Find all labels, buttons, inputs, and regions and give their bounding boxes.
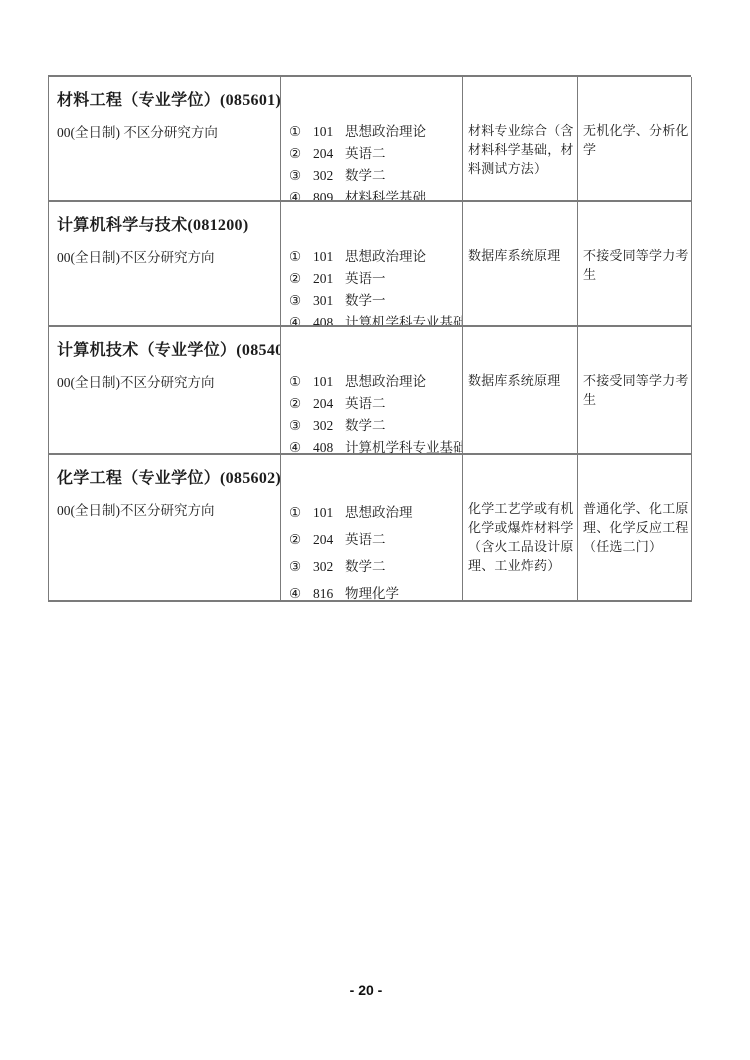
table-row-2-program-cell: 计算机科学与技术(081200) 00(全日制)不区分研究方向	[49, 202, 281, 327]
document-page: 材料工程（专业学位）(085601) 00(全日制) 不区分研究方向 ①101思…	[0, 0, 750, 1060]
subject-name: 数学二	[345, 559, 386, 574]
subject-item: ④816物理化学	[289, 580, 462, 602]
page-number: - 20 -	[0, 982, 732, 998]
subject-name: 思想政治理论	[345, 249, 426, 264]
subject-number: ③	[289, 553, 306, 580]
subject-item: ②204英语二	[289, 526, 462, 553]
table-row-3-subjects-cell: ①101思想政治理论 ②204英语二 ③302数学二 ④408计算机学科专业基础	[281, 327, 463, 455]
table-row-2-remarks-cell: 不接受同等学力考生	[578, 202, 692, 327]
subject-code: 204	[313, 143, 338, 165]
program-title: 材料工程（专业学位）(085601)	[57, 90, 274, 111]
subject-item: ②204英语二	[289, 393, 462, 415]
subject-code: 101	[313, 371, 338, 393]
subject-item: ①101思想政治理	[289, 499, 462, 526]
subject-code: 204	[313, 393, 338, 415]
subject-number: ②	[289, 393, 306, 415]
subject-number: ④	[289, 312, 306, 327]
subject-code: 101	[313, 499, 338, 526]
subject-number: ④	[289, 187, 306, 202]
subject-name: 思想政治理论	[345, 374, 426, 389]
subject-number: ③	[289, 290, 306, 312]
subject-item: ④809材料科学基础	[289, 187, 462, 202]
subject-number: ①	[289, 499, 306, 526]
table-row-1-program-cell: 材料工程（专业学位）(085601) 00(全日制) 不区分研究方向	[49, 77, 281, 202]
subject-item: ②201英语一	[289, 268, 462, 290]
subject-name: 计算机学科专业基础	[345, 315, 463, 327]
subject-item: ①101思想政治理论	[289, 121, 462, 143]
subject-item: ③301数学一	[289, 290, 462, 312]
table-row-2-additional-exam-cell: 数据库系统原理	[463, 202, 578, 327]
program-title: 计算机技术（专业学位）(085404)	[57, 340, 274, 361]
direction-text: 00(全日制)不区分研究方向	[57, 502, 274, 519]
subject-code: 201	[313, 268, 338, 290]
subject-item: ③302数学二	[289, 165, 462, 187]
subject-name: 计算机学科专业基础	[345, 440, 463, 455]
subject-code: 809	[313, 187, 338, 202]
subject-code: 302	[313, 415, 338, 437]
table-row-4-program-cell: 化学工程（专业学位）(085602) 00(全日制)不区分研究方向	[49, 455, 281, 602]
subject-name: 英语一	[345, 271, 386, 286]
subject-item: ①101思想政治理论	[289, 371, 462, 393]
exam-table: 材料工程（专业学位）(085601) 00(全日制) 不区分研究方向 ①101思…	[48, 75, 691, 602]
subject-item: ①101思想政治理论	[289, 246, 462, 268]
table-row-1-remarks-cell: 无机化学、分析化学	[578, 77, 692, 202]
subject-name: 思想政治理论	[345, 124, 426, 139]
subject-number: ③	[289, 415, 306, 437]
subject-code: 816	[313, 580, 338, 602]
subject-item: ③302数学二	[289, 415, 462, 437]
subject-number: ①	[289, 121, 306, 143]
subject-code: 302	[313, 165, 338, 187]
subject-code: 101	[313, 121, 338, 143]
table-row-4-additional-exam-cell: 化学工艺学或有机化学或爆炸材料学（含火工品设计原理、工业炸药）	[463, 455, 578, 602]
subject-name: 数学一	[345, 293, 386, 308]
subject-item: ②204英语二	[289, 143, 462, 165]
direction-text: 00(全日制)不区分研究方向	[57, 249, 274, 266]
table-row-1-additional-exam-cell: 材料专业综合（含材料科学基础，材料测试方法）	[463, 77, 578, 202]
table-row-1-subjects-cell: ①101思想政治理论 ②204英语二 ③302数学二 ④809材料科学基础	[281, 77, 463, 202]
subject-name: 数学二	[345, 168, 386, 183]
table-row-3-program-cell: 计算机技术（专业学位）(085404) 00(全日制)不区分研究方向	[49, 327, 281, 455]
subject-number: ④	[289, 580, 306, 602]
subject-code: 101	[313, 246, 338, 268]
subject-number: ④	[289, 437, 306, 455]
table-row-4-remarks-cell: 普通化学、化工原理、化学反应工程（任选二门）	[578, 455, 692, 602]
subject-code: 301	[313, 290, 338, 312]
subject-item: ④408计算机学科专业基础	[289, 312, 462, 327]
subject-item: ③302数学二	[289, 553, 462, 580]
program-title: 计算机科学与技术(081200)	[57, 215, 274, 236]
direction-text: 00(全日制) 不区分研究方向	[57, 124, 274, 141]
subject-code: 204	[313, 526, 338, 553]
table-row-2-subjects-cell: ①101思想政治理论 ②201英语一 ③301数学一 ④408计算机学科专业基础	[281, 202, 463, 327]
table-row-4-subjects-cell: ①101思想政治理 ②204英语二 ③302数学二 ④816物理化学	[281, 455, 463, 602]
subject-number: ③	[289, 165, 306, 187]
subject-name: 数学二	[345, 418, 386, 433]
subject-name: 物理化学	[345, 586, 399, 601]
subject-name: 英语二	[345, 396, 386, 411]
subject-number: ②	[289, 143, 306, 165]
subject-code: 408	[313, 312, 338, 327]
subject-name: 思想政治理	[345, 505, 413, 520]
subject-name: 材料科学基础	[345, 190, 426, 202]
subject-name: 英语二	[345, 146, 386, 161]
subject-number: ①	[289, 246, 306, 268]
subject-number: ②	[289, 268, 306, 290]
subject-code: 302	[313, 553, 338, 580]
program-title: 化学工程（专业学位）(085602)	[57, 468, 274, 489]
subject-item: ④408计算机学科专业基础	[289, 437, 462, 455]
subject-code: 408	[313, 437, 338, 455]
table-row-3-remarks-cell: 不接受同等学力考生	[578, 327, 692, 455]
table-row-3-additional-exam-cell: 数据库系统原理	[463, 327, 578, 455]
direction-text: 00(全日制)不区分研究方向	[57, 374, 274, 391]
subject-name: 英语二	[345, 532, 386, 547]
subject-number: ①	[289, 371, 306, 393]
subject-number: ②	[289, 526, 306, 553]
